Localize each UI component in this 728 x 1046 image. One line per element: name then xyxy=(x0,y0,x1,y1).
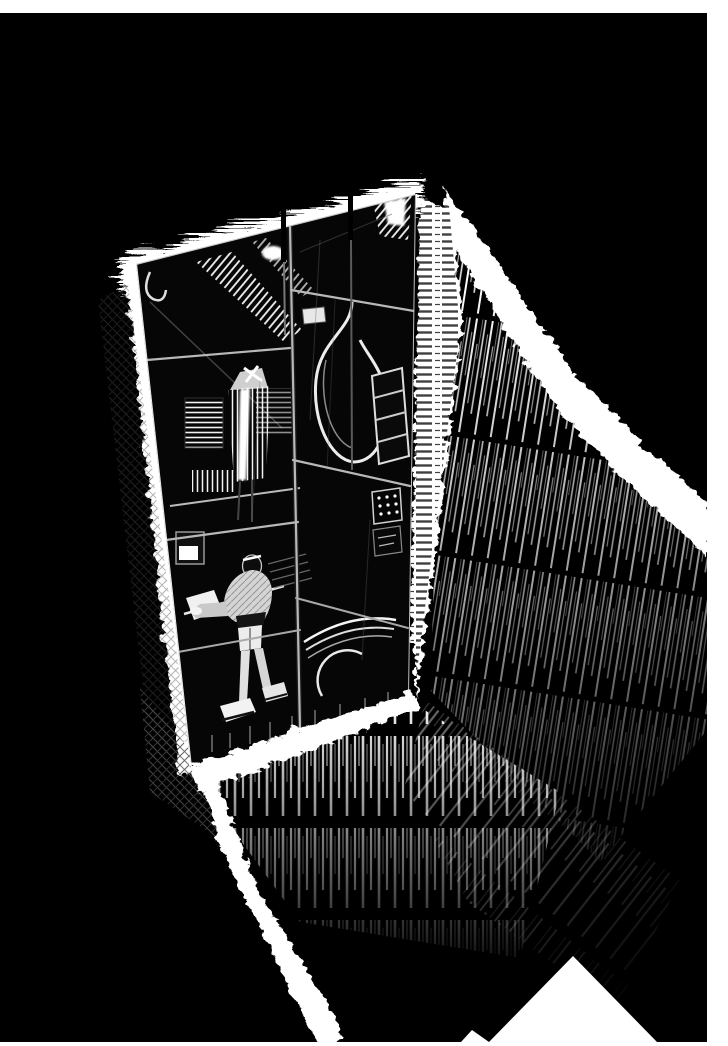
ladder-rack xyxy=(372,368,409,464)
small-panel-frame xyxy=(373,526,402,556)
blind-box-left xyxy=(185,398,223,448)
pegboard xyxy=(372,488,402,524)
small-lamp-box xyxy=(302,307,325,324)
margin-bottom xyxy=(0,1042,728,1046)
eave-post-left xyxy=(281,150,286,262)
monitor-screen xyxy=(179,546,198,560)
manga-panel-illustration: black-and-white manga ink panel Night sc… xyxy=(0,0,728,1046)
figure-hand xyxy=(190,607,202,615)
small-panel xyxy=(373,526,402,556)
manga-page: black-and-white manga ink panel Night sc… xyxy=(0,0,728,1046)
post-interior-right xyxy=(351,240,352,470)
ceiling-light-blob xyxy=(262,246,284,260)
post-interior-left xyxy=(284,262,285,335)
bright-slat-strip xyxy=(192,470,236,492)
margin-top xyxy=(0,0,728,13)
eave-post-right xyxy=(348,144,353,240)
margin-right xyxy=(707,0,728,1046)
